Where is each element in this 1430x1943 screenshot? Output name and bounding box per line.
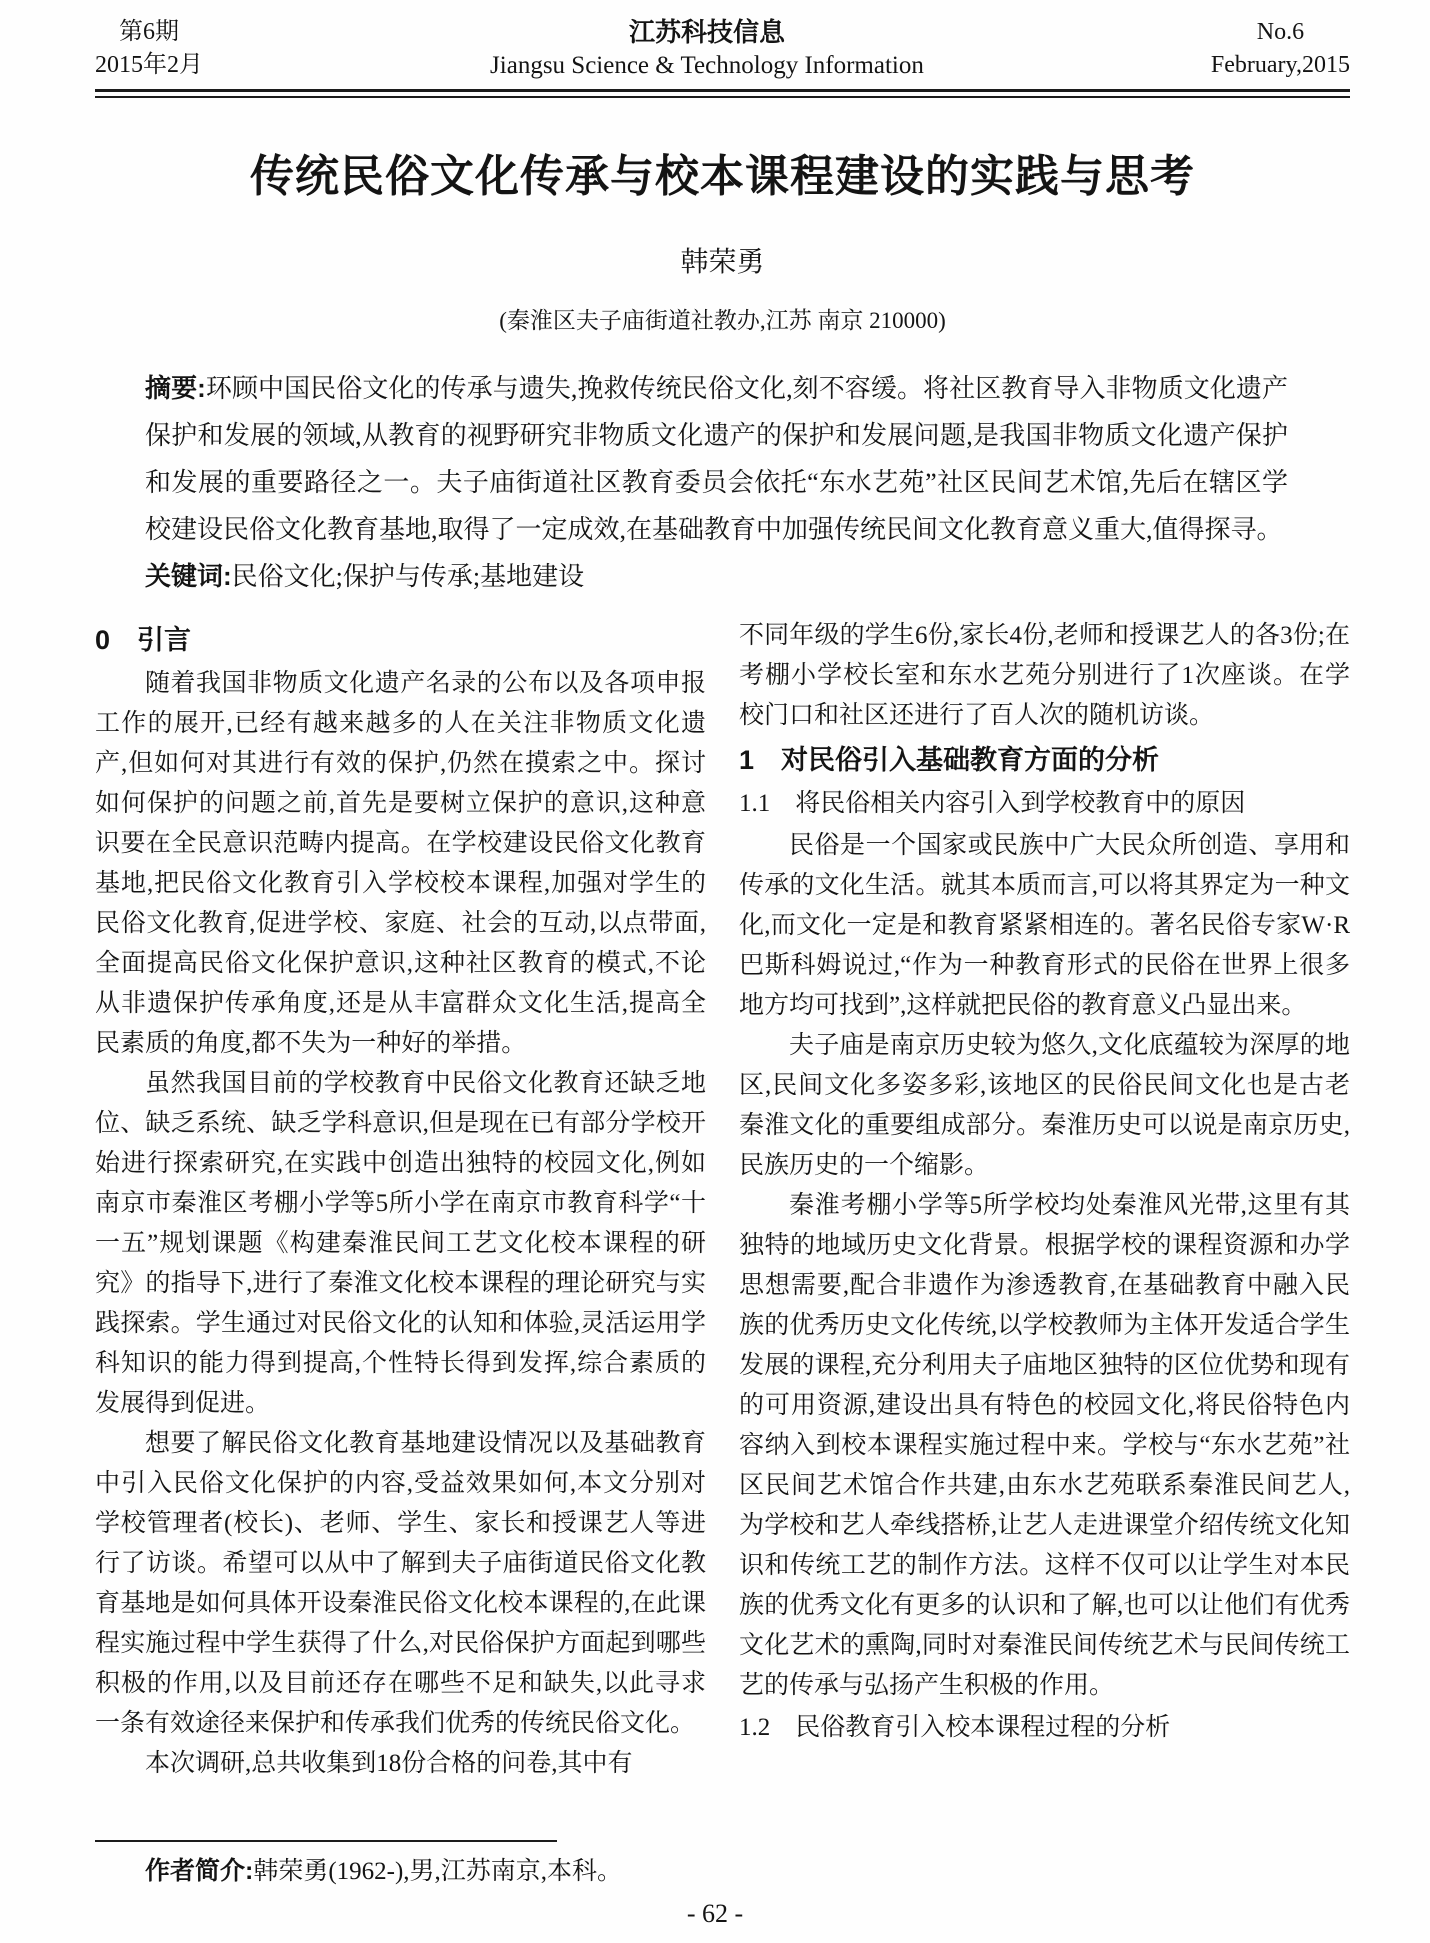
body-paragraph-continuation: 不同年级的学生6份,家长4份,老师和授课艺人的各3份;在考棚小学校长室和东水艺苑… bbox=[739, 616, 1350, 736]
keywords-text: 民俗文化;保护与传承;基地建设 bbox=[232, 562, 584, 591]
abstract-block: 摘要:环顾中国民俗文化的传承与遗失,挽救传统民俗文化,刻不容缓。将社区教育导入非… bbox=[145, 365, 1288, 600]
section-1-2-heading: 1.2 民俗教育引入校本课程过程的分析 bbox=[739, 1708, 1350, 1748]
masthead-center: 江苏科技信息 Jiangsu Science & Technology Info… bbox=[490, 16, 924, 82]
footnote-rule bbox=[95, 1840, 557, 1842]
masthead-right: No.6 February,2015 bbox=[1211, 16, 1350, 82]
abstract-text: 环顾中国民俗文化的传承与遗失,挽救传统民俗文化,刻不容缓。将社区教育导入非物质文… bbox=[145, 374, 1288, 544]
body-paragraph: 随着我国非物质文化遗产名录的公布以及各项申报工作的展开,已经有越来越多的人在关注… bbox=[95, 664, 706, 1064]
issue-date-cn: 2015年2月 bbox=[95, 49, 203, 82]
section-1-1-heading: 1.1 将民俗相关内容引入到学校教育中的原因 bbox=[739, 784, 1350, 824]
journal-title-cn: 江苏科技信息 bbox=[490, 16, 924, 49]
journal-title-en: Jiangsu Science & Technology Information bbox=[490, 49, 924, 82]
author-bio-label: 作者简介: bbox=[145, 1857, 253, 1885]
body-columns: 0 引言 随着我国非物质文化遗产名录的公布以及各项申报工作的展开,已经有越来越多… bbox=[95, 616, 1350, 1784]
body-paragraph: 本次调研,总共收集到18份合格的问卷,其中有 bbox=[95, 1744, 706, 1784]
left-column: 0 引言 随着我国非物质文化遗产名录的公布以及各项申报工作的展开,已经有越来越多… bbox=[95, 616, 706, 1784]
section-0-heading: 0 引言 bbox=[95, 620, 706, 660]
body-paragraph: 秦淮考棚小学等5所学校均处秦淮风光带,这里有其独特的地域历史文化背景。根据学校的… bbox=[739, 1186, 1350, 1706]
article-affiliation: (秦淮区夫子庙街道社教办,江苏 南京 210000) bbox=[95, 302, 1350, 335]
article-title: 传统民俗文化传承与校本课程建设的实践与思考 bbox=[95, 140, 1350, 204]
masthead-left: 第6期 2015年2月 bbox=[95, 16, 203, 82]
issue-number-cn: 第6期 bbox=[95, 16, 203, 49]
journal-masthead: 第6期 2015年2月 江苏科技信息 Jiangsu Science & Tec… bbox=[95, 16, 1350, 82]
abstract-paragraph: 摘要:环顾中国民俗文化的传承与遗失,挽救传统民俗文化,刻不容缓。将社区教育导入非… bbox=[145, 365, 1288, 553]
issue-date-en: February,2015 bbox=[1211, 49, 1350, 82]
masthead-double-rule bbox=[95, 89, 1350, 98]
body-paragraph: 想要了解民俗文化教育基地建设情况以及基础教育中引入民俗文化保护的内容,受益效果如… bbox=[95, 1424, 706, 1744]
article-author: 韩荣勇 bbox=[95, 240, 1350, 280]
journal-page: 第6期 2015年2月 江苏科技信息 Jiangsu Science & Tec… bbox=[0, 0, 1430, 1943]
body-paragraph: 夫子庙是南京历史较为悠久,文化底蕴较为深厚的地区,民间文化多姿多彩,该地区的民俗… bbox=[739, 1026, 1350, 1186]
section-1-heading: 1 对民俗引入基础教育方面的分析 bbox=[739, 740, 1350, 780]
keywords-label: 关键词: bbox=[145, 561, 232, 591]
keywords-line: 关键词:民俗文化;保护与传承;基地建设 bbox=[145, 553, 1288, 600]
abstract-label: 摘要: bbox=[145, 373, 206, 403]
author-bio-text: 韩荣勇(1962-),男,江苏南京,本科。 bbox=[253, 1858, 622, 1885]
issue-number-en: No.6 bbox=[1211, 16, 1350, 49]
author-bio-footnote: 作者简介:韩荣勇(1962-),男,江苏南京,本科。 bbox=[95, 1840, 710, 1891]
body-paragraph: 虽然我国目前的学校教育中民俗文化教育还缺乏地位、缺乏系统、缺乏学科意识,但是现在… bbox=[95, 1064, 706, 1424]
right-column: 不同年级的学生6份,家长4份,老师和授课艺人的各3份;在考棚小学校长室和东水艺苑… bbox=[739, 616, 1350, 1784]
body-paragraph: 民俗是一个国家或民族中广大民众所创造、享用和传承的文化生活。就其本质而言,可以将… bbox=[739, 826, 1350, 1026]
page-number: - 62 - bbox=[0, 1899, 1430, 1929]
author-bio-line: 作者简介:韩荣勇(1962-),男,江苏南京,本科。 bbox=[95, 1852, 710, 1891]
